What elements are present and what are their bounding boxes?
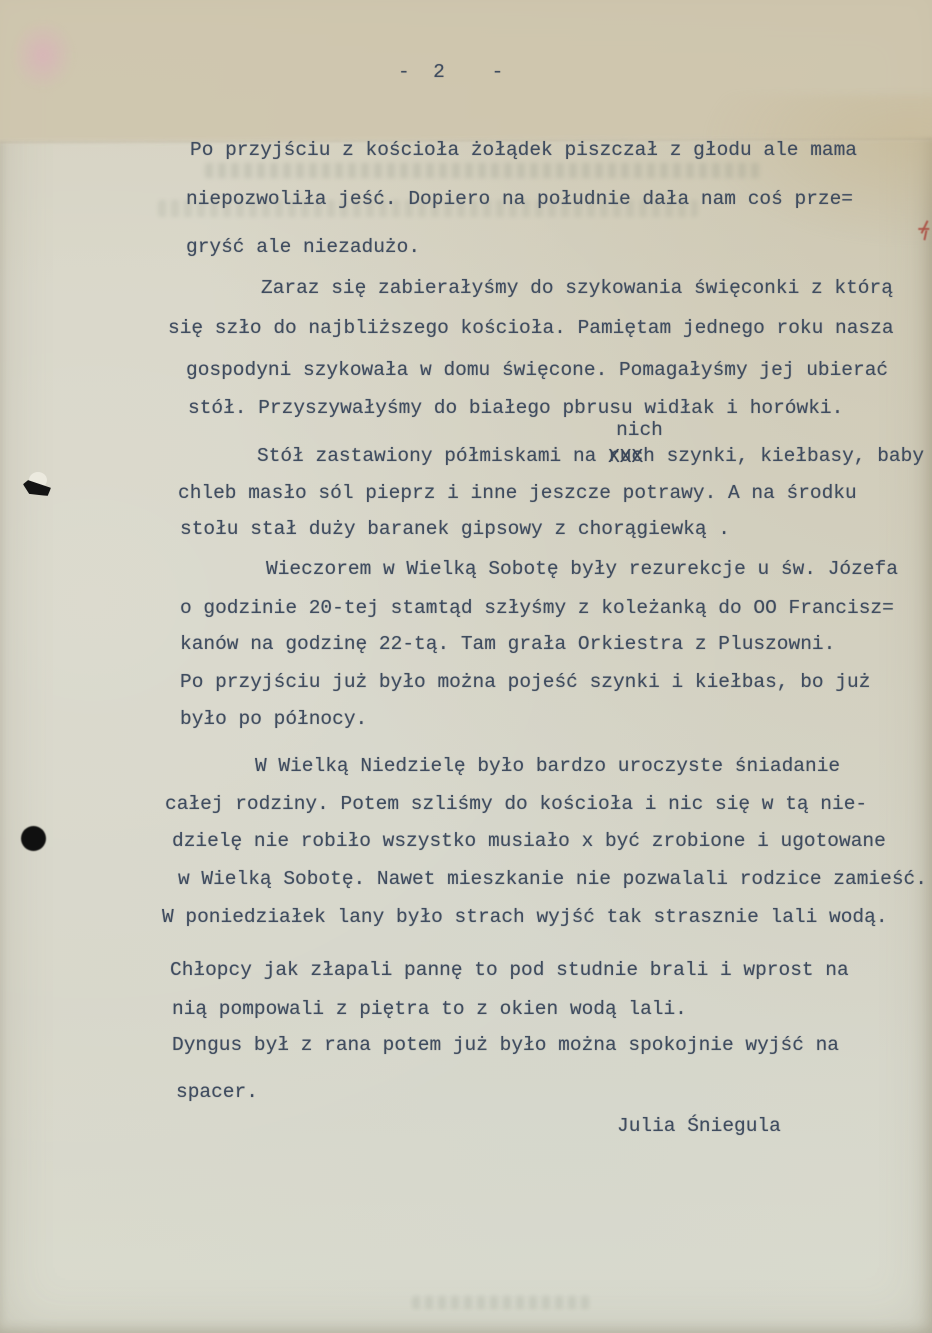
typewritten-line: Dyngus był z rana potem już było można s… — [172, 1033, 839, 1057]
typewritten-line: dzielę nie robiło wszystko musiało x być… — [172, 829, 886, 853]
typewritten-line: gryść ale niezadużo. — [186, 235, 420, 259]
overtype-xxx: XXX — [608, 445, 643, 469]
typewritten-line: w Wielką Sobotę. Nawet mieszkanie nie po… — [178, 867, 927, 891]
typewritten-line: Po przyjściu już było można pojeść szynk… — [180, 670, 870, 694]
typewritten-line: W Wielką Niedzielę było bardzo uroczyste… — [255, 754, 840, 778]
typewritten-line: Zaraz się zabierałyśmy do szykowania świ… — [261, 276, 893, 300]
typewritten-line: się szło do najbliższego kościoła. Pamię… — [168, 316, 894, 340]
typewritten-line: stołu stał duży baranek gipsowy z chorąg… — [180, 517, 730, 541]
typewritten-line: Wieczorem w Wielką Sobotę były rezurekcj… — [266, 557, 898, 581]
page-number: - 2 - — [398, 60, 503, 84]
red-pen-mark — [916, 219, 932, 243]
typewritten-line: niepozwoliła jeść. Dopiero na południe d… — [186, 187, 853, 211]
scanned-page: - 2 - Po przyjściu z kościoła żołądek pi… — [0, 0, 932, 1333]
bleed-through-text — [205, 163, 760, 178]
typewritten-line: było po północy. — [180, 707, 367, 731]
inserted-word-above: nich — [616, 418, 663, 442]
typewritten-line: W poniedziałek lany było strach wyjść ta… — [162, 905, 888, 929]
typewritten-line: Po przyjściu z kościoła żołądek piszczał… — [190, 138, 857, 162]
typewritten-line: stół. Przyszywałyśmy do białego pbrusu w… — [188, 396, 843, 420]
signature: Julia Śniegula — [617, 1114, 781, 1138]
typewritten-line: kanów na godzinę 22-tą. Tam grała Orkies… — [180, 632, 835, 656]
struck-word: ruchXXXnich — [608, 444, 655, 468]
correction-before: Stół zastawiony półmiskami na — [257, 445, 608, 467]
typewritten-line: całej rodziny. Potem szliśmy do kościoła… — [165, 792, 867, 816]
punch-hole-mark — [23, 472, 51, 498]
typewritten-line: chleb masło sól pieprz i inne jeszcze po… — [178, 481, 857, 505]
bleed-through-text — [412, 1296, 590, 1309]
typewritten-line: spacer. — [176, 1080, 258, 1104]
typewritten-line-with-correction: Stół zastawiony półmiskami na ruchXXXnic… — [257, 444, 924, 468]
typewritten-line: gospodyni szykowała w domu święcone. Pom… — [186, 358, 888, 382]
typewritten-line: o godzinie 20-tej stamtąd szłyśmy z kole… — [180, 596, 894, 620]
typewritten-line: nią pompowali z piętra to z okien wodą l… — [172, 997, 687, 1021]
typewritten-line: Chłopcy jak złapali pannę to pod studnie… — [170, 958, 849, 982]
correction-after: szynki, kiełbasy, baby — [655, 445, 924, 467]
pink-smudge — [12, 20, 74, 90]
ink-dot — [21, 826, 46, 851]
